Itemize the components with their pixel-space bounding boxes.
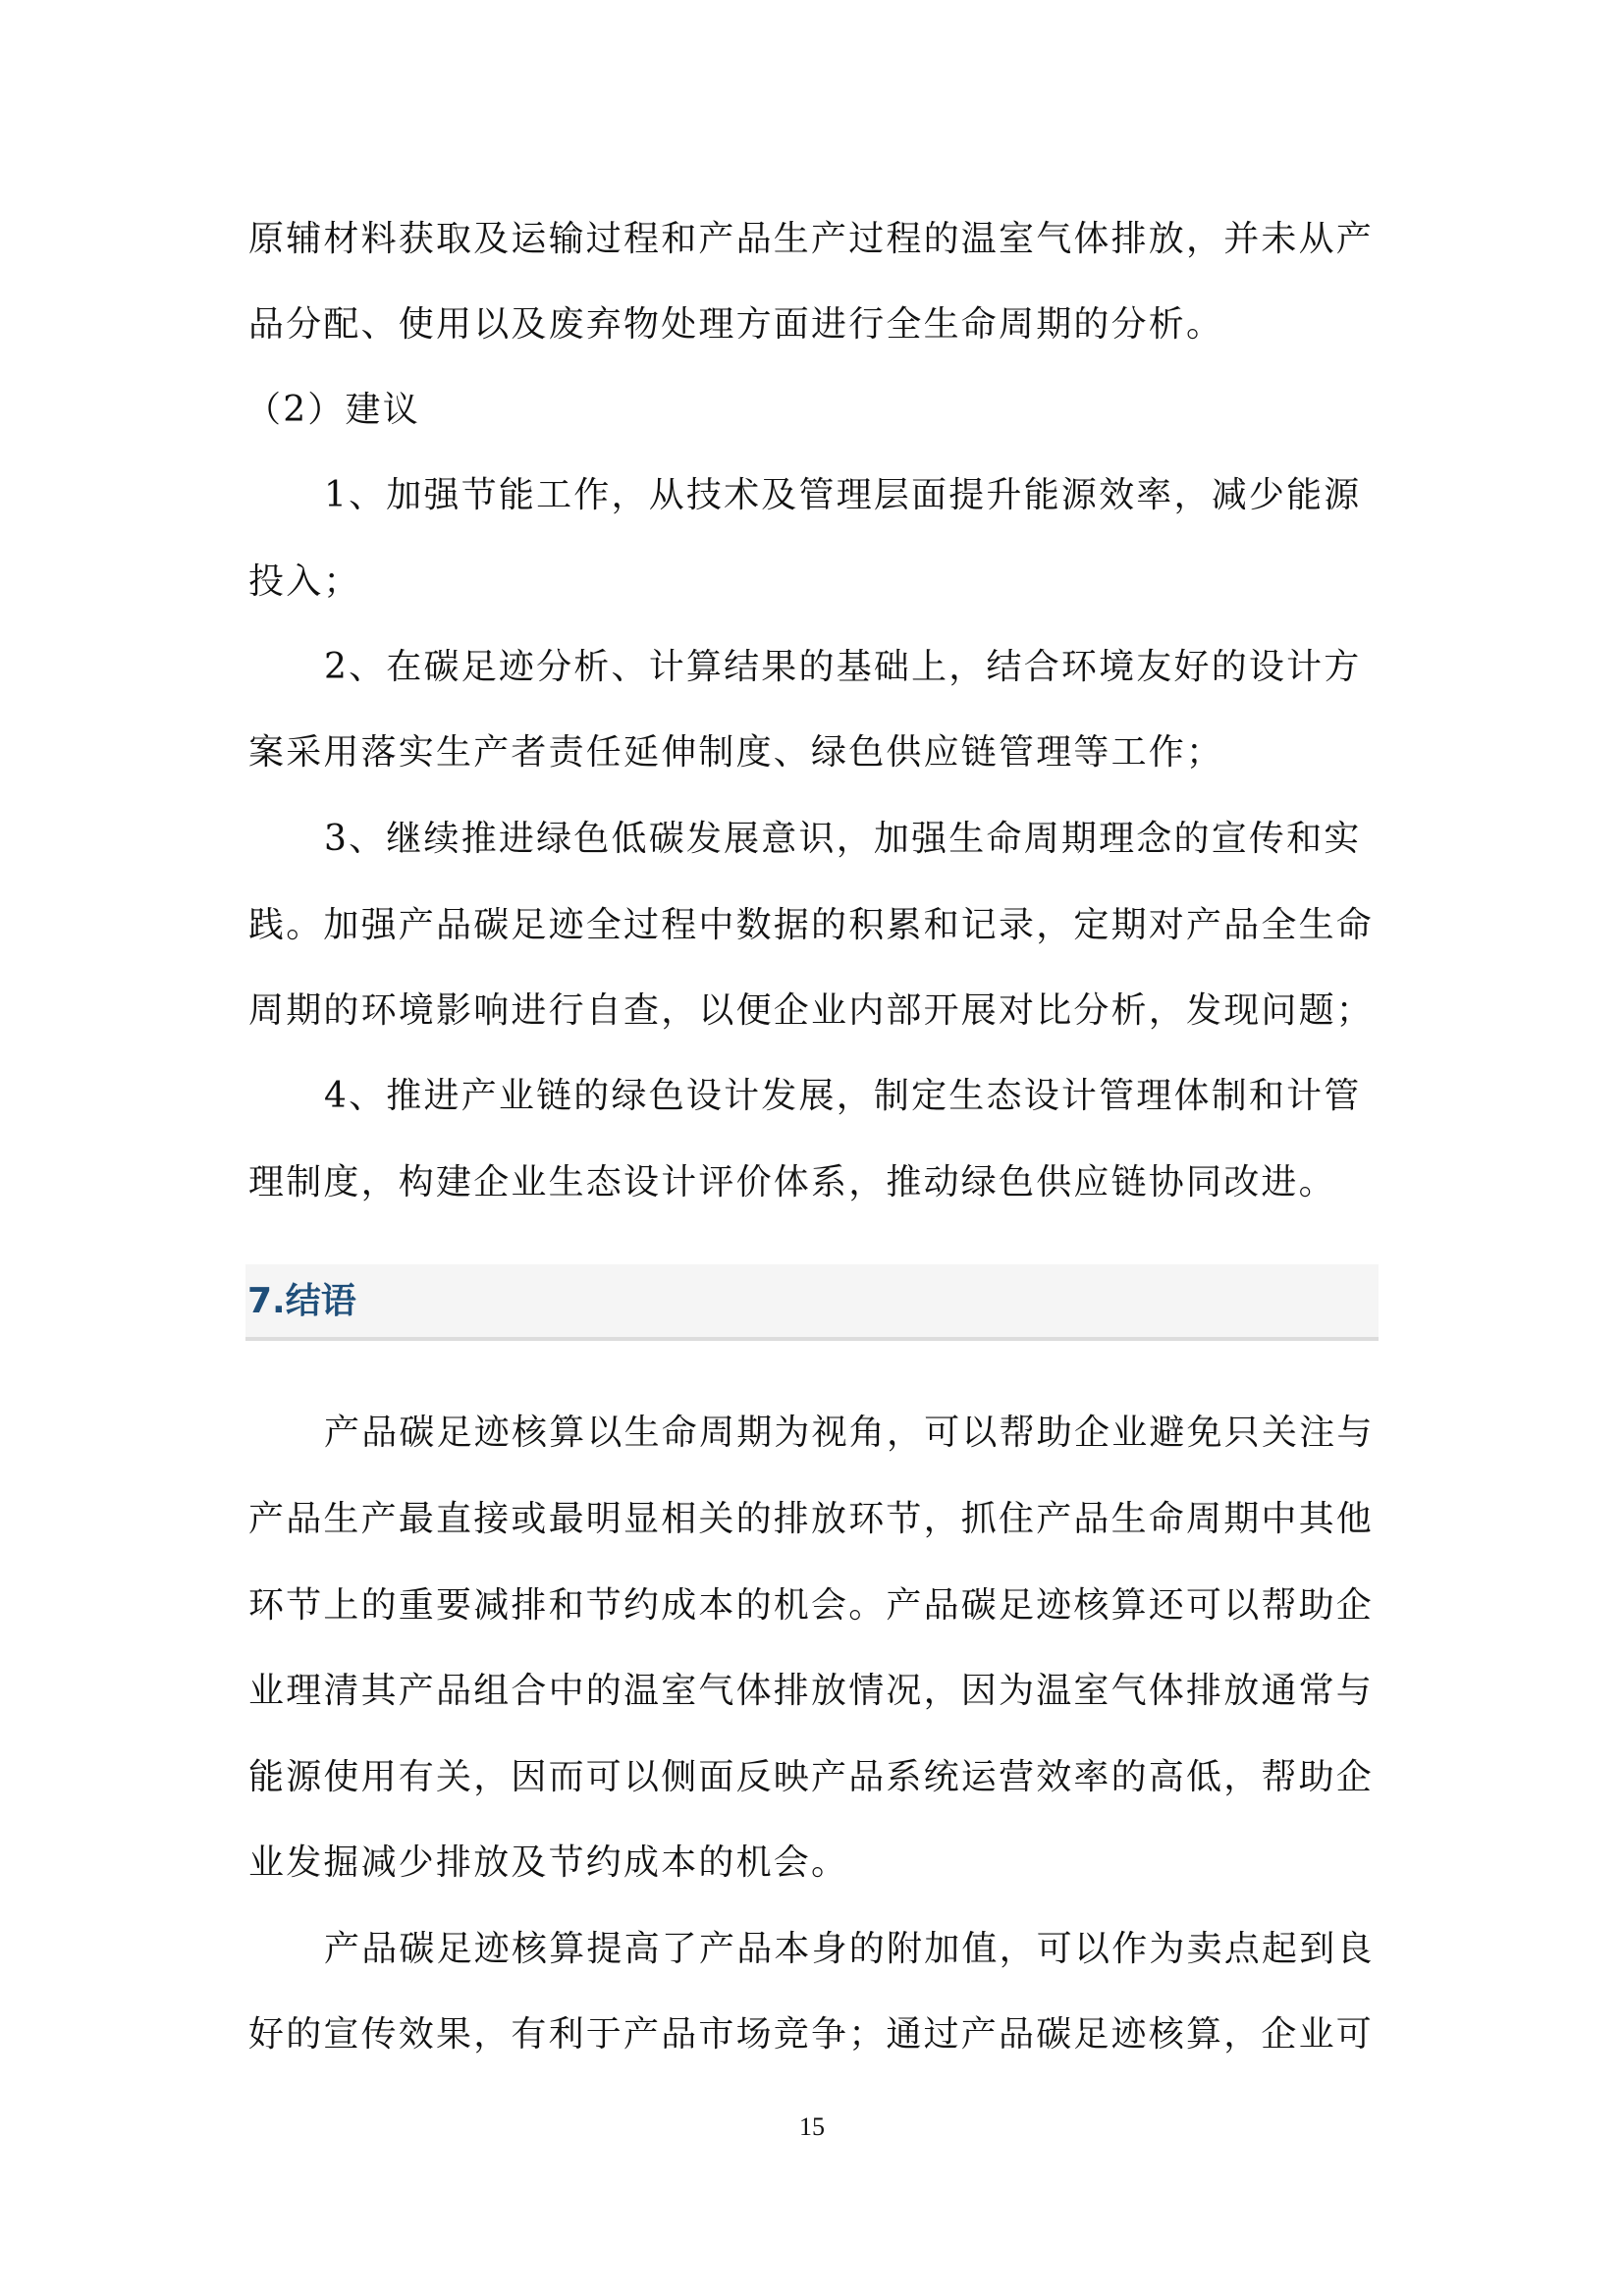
recommendation-item-3-cont: 践。加强产品碳足迹全过程中数据的积累和记录，定期对产品全生命	[248, 904, 1378, 947]
subsection-title: （2）建议	[245, 389, 1375, 432]
recommendation-item-1-cont: 投入；	[248, 561, 1378, 604]
recommendation-item-2-cont: 案采用落实生产者责任延伸制度、绿色供应链管理等工作；	[248, 731, 1378, 774]
paragraph-line: 品分配、使用以及废弃物处理方面进行全生命周期的分析。	[248, 303, 1378, 347]
page-number: 15	[0, 2112, 1624, 2142]
recommendation-item-4-cont: 理制度，构建企业生态设计评价体系，推动绿色供应链协同改进。	[248, 1161, 1378, 1204]
recommendation-item-3-cont: 周期的环境影响进行自查，以便企业内部开展对比分析，发现问题；	[248, 989, 1378, 1033]
paragraph-line: 原辅材料获取及运输过程和产品生产过程的温室气体排放，并未从产	[248, 218, 1378, 261]
conclusion-paragraph-1-cont: 能源使用有关，因而可以侧面反映产品系统运营效率的高低，帮助企	[248, 1756, 1378, 1799]
conclusion-paragraph-1-cont: 业理清其产品组合中的温室气体排放情况，因为温室气体排放通常与	[248, 1670, 1378, 1713]
conclusion-paragraph-1-cont: 产品生产最直接或最明显相关的排放环节，抓住产品生命周期中其他	[248, 1498, 1378, 1541]
conclusion-paragraph-1-cont: 环节上的重要减排和节约成本的机会。产品碳足迹核算还可以帮助企	[248, 1584, 1378, 1628]
conclusion-paragraph-2: 产品碳足迹核算提高了产品本身的附加值，可以作为卖点起到良	[324, 1928, 1378, 1971]
conclusion-paragraph-1-cont: 业发掘减少排放及节约成本的机会。	[248, 1842, 1378, 1885]
section-heading: 7.结语	[247, 1280, 356, 1323]
document-page: 原辅材料获取及运输过程和产品生产过程的温室气体排放，并未从产 品分配、使用以及废…	[0, 0, 1624, 2296]
recommendation-item-2: 2、在碳足迹分析、计算结果的基础上，结合环境友好的设计方	[324, 646, 1378, 689]
recommendation-item-4: 4、推进产业链的绿色设计发展，制定生态设计管理体制和计管	[324, 1075, 1378, 1118]
section-heading-box: 7.结语	[245, 1264, 1379, 1341]
conclusion-paragraph-2-cont: 好的宣传效果，有利于产品市场竞争；通过产品碳足迹核算，企业可	[248, 2013, 1378, 2056]
conclusion-paragraph-1: 产品碳足迹核算以生命周期为视角，可以帮助企业避免只关注与	[324, 1412, 1378, 1455]
recommendation-item-1: 1、加强节能工作，从技术及管理层面提升能源效率，减少能源	[324, 474, 1378, 517]
recommendation-item-3: 3、继续推进绿色低碳发展意识，加强生命周期理念的宣传和实	[324, 818, 1378, 861]
